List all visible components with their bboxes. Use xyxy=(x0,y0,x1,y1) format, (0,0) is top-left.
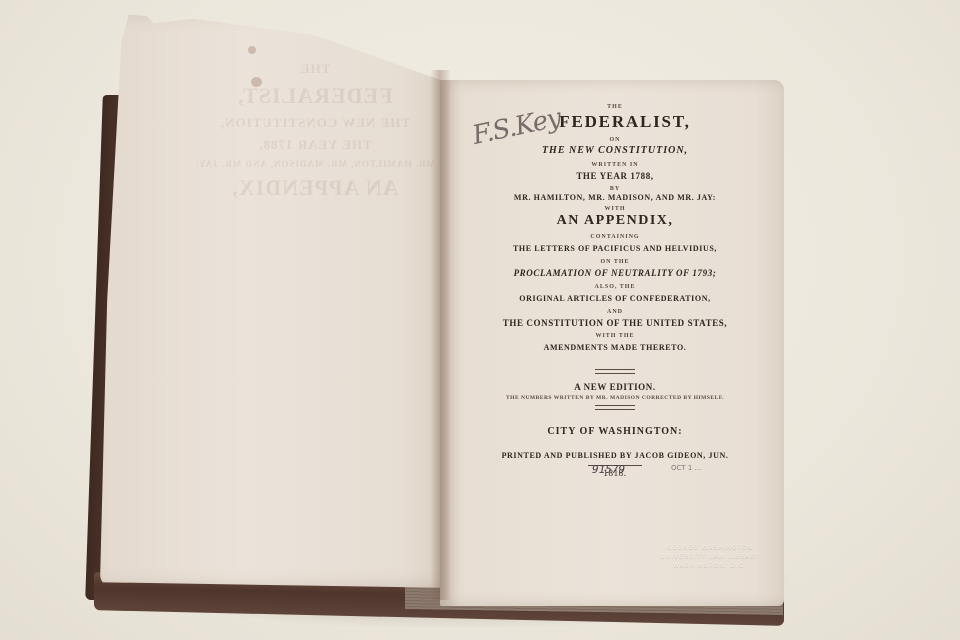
constitution-line: THE CONSTITUTION OF THE UNITED STATES, xyxy=(470,318,760,328)
library-date-stamp: OCT 1 ... xyxy=(671,464,701,472)
divider-rule xyxy=(595,369,635,374)
authors: MR. HAMILTON, MR. MADISON, AND MR. JAY: xyxy=(470,193,760,202)
year-written: THE YEAR 1788, xyxy=(470,171,760,181)
amendments-line: AMENDMENTS MADE THERETO. xyxy=(470,343,760,352)
book-subtitle: THE NEW CONSTITUTION, xyxy=(470,145,760,156)
text-containing: CONTAINING xyxy=(470,234,760,240)
proclamation-line: PROCLAMATION OF NEUTRALITY OF 1793; xyxy=(470,268,760,278)
text-with-the: WITH THE xyxy=(470,333,760,339)
book-gutter xyxy=(430,70,450,600)
letters-line: THE LETTERS OF PACIFICUS AND HELVIDIUS, xyxy=(470,244,760,253)
text-with: WITH xyxy=(470,206,760,212)
photo-scene: THE FEDERALIST, THE NEW CONSTITUTION, TH… xyxy=(0,0,960,640)
text-also: ALSO, THE xyxy=(470,284,760,290)
foxing-spot xyxy=(248,46,256,54)
text-written-in: WRITTEN IN xyxy=(470,162,760,168)
publisher-line: PRINTED AND PUBLISHED BY JACOB GIDEON, J… xyxy=(470,451,760,460)
title-page-text: THE FEDERALIST, ON THE NEW CONSTITUTION,… xyxy=(470,104,760,478)
appendix-heading: AN APPENDIX, xyxy=(470,213,760,229)
handwritten-accession-number: 91579 xyxy=(592,463,625,476)
text-on-the: ON THE xyxy=(470,259,760,265)
edition-note: THE NUMBERS WRITTEN BY MR. MADISON CORRE… xyxy=(470,395,760,401)
left-page-show-through-text: THE FEDERALIST, THE NEW CONSTITUTION, TH… xyxy=(190,55,440,207)
city-line: CITY OF WASHINGTON: xyxy=(470,426,760,437)
text-the: THE xyxy=(470,104,760,110)
text-and: AND xyxy=(470,309,760,315)
edition-line: A NEW EDITION. xyxy=(470,382,760,392)
divider-rule xyxy=(595,405,635,410)
articles-line: ORIGINAL ARTICLES OF CONFEDERATION, xyxy=(470,294,760,303)
text-by: BY xyxy=(470,186,760,192)
embossed-library-stamp: GEORGE WASHINGTON UNIVERSITY LAW LIBRARY… xyxy=(650,543,770,570)
book-title: FEDERALIST, xyxy=(490,112,760,132)
text-on: ON xyxy=(470,137,760,143)
